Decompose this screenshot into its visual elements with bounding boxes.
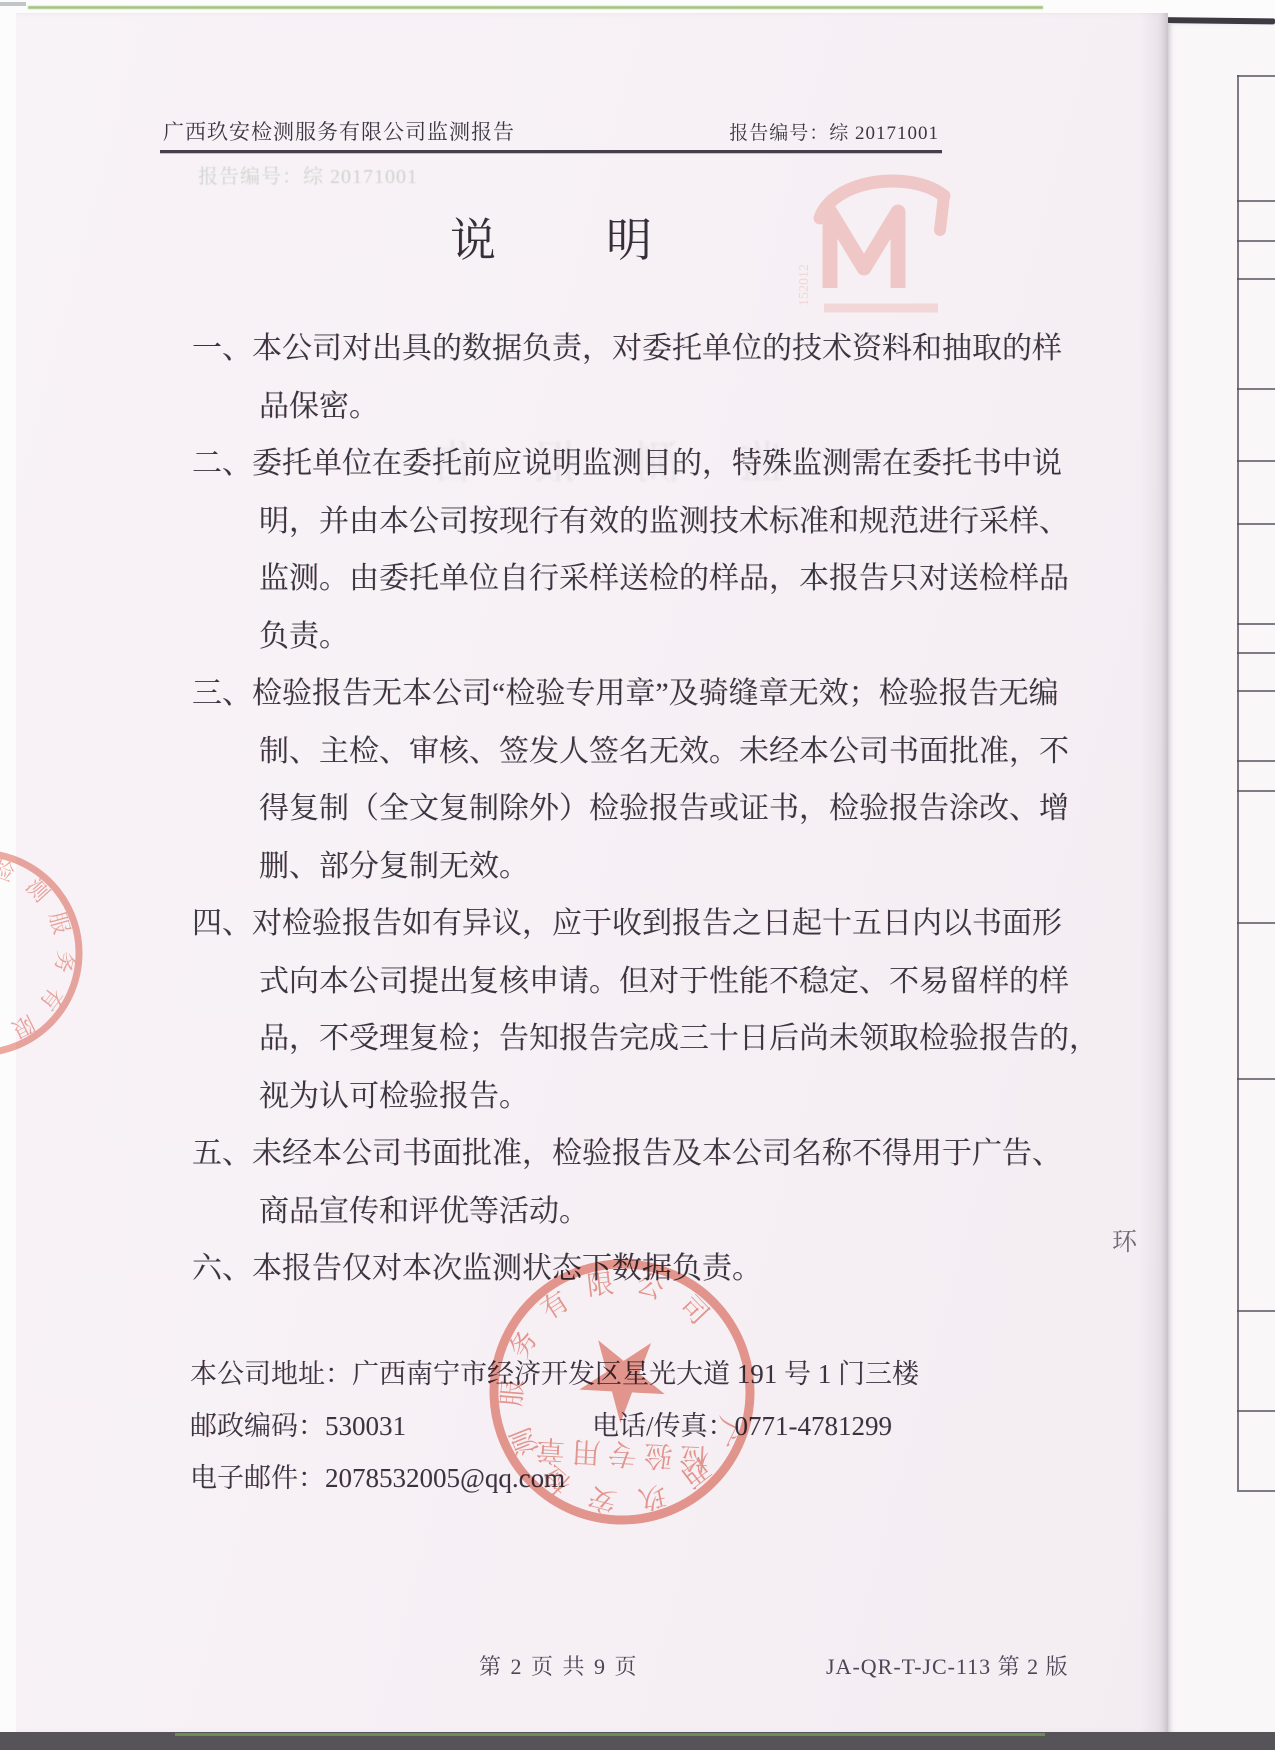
body-line: 监测。由委托单位自行采样送检的样品，本报告只对送检样品 [192, 550, 952, 608]
underlying-table-hline [1237, 623, 1275, 625]
body-line: 三、检验报告无本公司“检验专用章”及骑缝章无效；检验报告无编 [192, 665, 952, 723]
title-char-2: 明 [606, 204, 652, 270]
page-title: 说 明 [160, 204, 942, 270]
report-number: 报告编号：综 20171001 [729, 118, 939, 145]
page-number: 第 2 页 共 9 页 [479, 1650, 639, 1681]
body-line: 负责。 [192, 608, 952, 666]
inspection-seal-stamp: 广西玖安检测服务有限公司 检验专用章 [478, 1248, 766, 1536]
underlying-table-hline [1237, 1078, 1275, 1080]
underlying-table-vline [1237, 75, 1239, 1490]
body-line: 制、主检、审核、签发人签名无效。未经本公司书面批准，不 [192, 723, 952, 781]
underlying-table-hline [1237, 790, 1275, 792]
underlying-table-hline [1237, 760, 1275, 762]
underlying-table-hline [1237, 75, 1275, 77]
seal-star [578, 1339, 668, 1425]
body-line: 二、委托单位在委托前应说明监测目的，特殊监测需在委托书中说 [192, 435, 952, 493]
body-line: 品，不受理复检；告知报告完成三十日后尚未领取检验报告的， [192, 1010, 952, 1068]
body-line: 商品宣传和评优等活动。 [192, 1183, 952, 1241]
bleedthrough-report-number: 报告编号：综 20171001 [198, 160, 418, 189]
underlying-table-hline [1237, 1310, 1275, 1312]
underlying-table-hline [1237, 922, 1275, 924]
header-rule-green-fringe [160, 153, 942, 155]
body-line: 一、本公司对出具的数据负责，对委托单位的技术资料和抽取的样 [192, 320, 952, 378]
underlying-table-hline [1237, 388, 1275, 390]
underlying-table-hline [1237, 278, 1275, 280]
body-line: 式向本公司提出复核申请。但对于性能不稳定、不易留样的样 [192, 953, 952, 1011]
document-code: JA-QR-T-JC-113 第 2 版 [826, 1650, 1069, 1681]
bleedthrough-edge-char: 环 [1112, 1222, 1137, 1258]
underlying-table-hline [1237, 690, 1275, 692]
underlying-table-hline [1237, 1410, 1275, 1412]
body-line: 品保密。 [192, 378, 952, 436]
body-line: 明，并由本公司按现行有效的监测技术标准和规范进行采样、 [192, 493, 952, 551]
title-char-1: 说 [450, 204, 496, 270]
logo-serial-number: 152012 [797, 264, 812, 306]
underlying-table-hline [1237, 1490, 1275, 1492]
scanned-report-page: 广西玖安检测服务有限公司监测报告 报告编号：综 20171001 报告编号：综 … [0, 0, 1275, 1750]
body-line: 视为认可检验报告。 [192, 1068, 952, 1126]
body-line: 五、未经本公司书面批准，检验报告及本公司名称不得用于广告、 [192, 1125, 952, 1183]
scan-bottom-green-line [175, 1733, 1045, 1736]
underlying-table-hline [1237, 652, 1275, 654]
scan-edge-artifact [28, 6, 1043, 9]
body-line: 删、部分复制无效。 [192, 838, 952, 896]
underlying-page [1168, 24, 1275, 1733]
underlying-table-hline [1237, 460, 1275, 462]
company-report-title: 广西玖安检测服务有限公司监测报告 [163, 116, 515, 146]
body-line: 得复制（全文复制除外）检验报告或证书，检验报告涂改、增 [192, 780, 952, 838]
page-fold-shadow [1140, 13, 1168, 1733]
statement-body: 一、本公司对出具的数据负责，对委托单位的技术资料和抽取的样 品保密。 二、委托单… [192, 320, 952, 1298]
underlying-table-hline [1237, 240, 1275, 242]
underlying-table-hline [1237, 200, 1275, 202]
body-line: 四、对检验报告如有异议，应于收到报告之日起十五日内以书面形 [192, 895, 952, 953]
postal-code: 邮政编码：530031 [190, 1404, 406, 1443]
scan-edge-artifact [0, 2, 26, 6]
underlying-table-hline [1237, 523, 1275, 525]
